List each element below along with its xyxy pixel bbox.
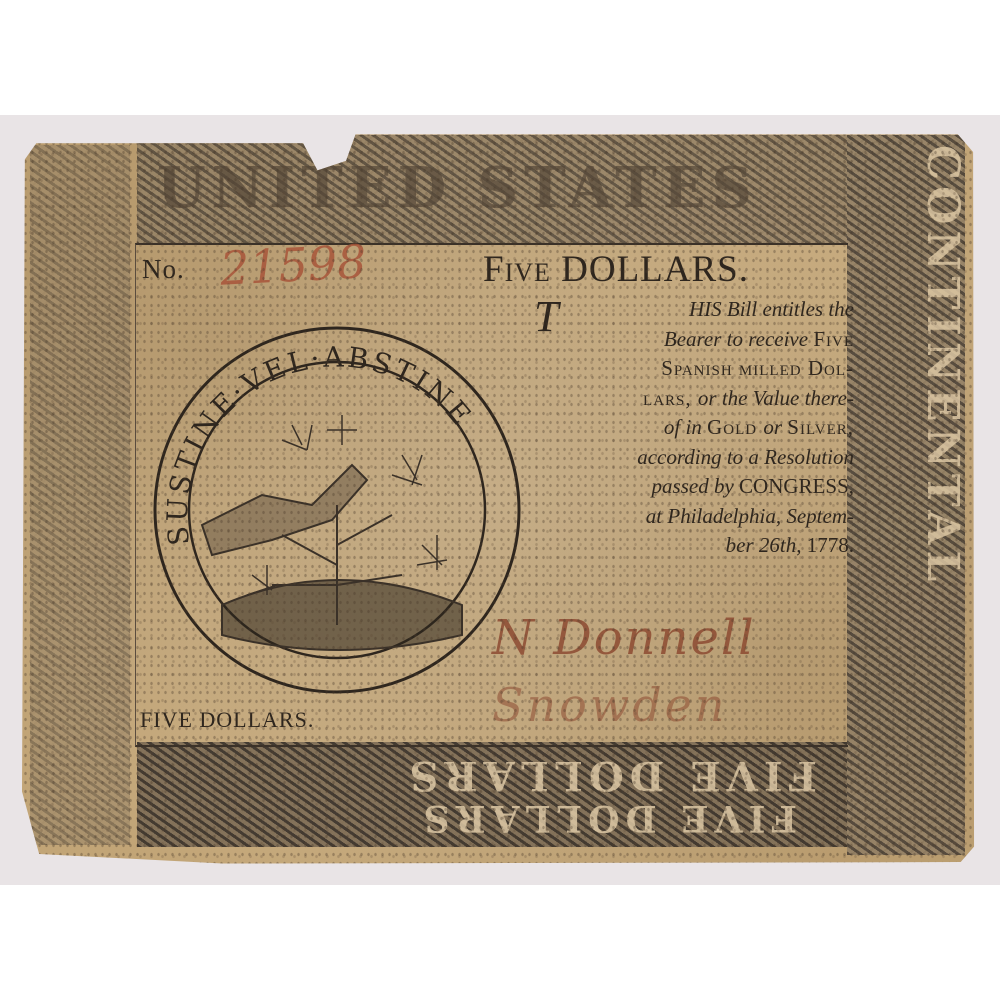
serial-number: 21598 (219, 234, 368, 296)
drop-cap: T (534, 295, 558, 339)
denomination-title: Five DOLLARS. (483, 248, 749, 291)
hand-thorn-bush-icon (202, 415, 462, 650)
promissory-text-line: lars, or the Value there- (534, 384, 854, 414)
right-border-text: CONTINENTAL (917, 145, 968, 587)
promissory-text: THIS Bill entitles theBearer to receive … (534, 295, 854, 561)
bottom-border-text-reversed: FIVE DOLLARS (197, 797, 797, 839)
promissory-text-line: ber 26th, 1778. (534, 531, 854, 561)
banknote: UNITED STATES CONTINENTAL FIVE DOLLARS F… (22, 130, 975, 865)
promissory-text-line: of in Gold or Silver, (534, 413, 854, 443)
bottom-denomination: FIVE DOLLARS. (140, 707, 314, 733)
promissory-text-line: THIS Bill entitles the (534, 295, 854, 325)
top-border-text: UNITED STATES (157, 155, 758, 221)
promissory-text-line: Bearer to receive Five (534, 325, 854, 355)
promissory-text-line: according to a Resolution (534, 443, 854, 473)
serial-label: No. (142, 254, 185, 285)
signature-2: Snowden (492, 678, 728, 732)
seal-emblem: SUSTINE·VEL·ABSTINE (142, 305, 532, 695)
signature-1: N Donnell (492, 610, 756, 666)
bottom-border-band: FIVE DOLLARS FIVE DOLLARS (137, 742, 847, 847)
promissory-text-line: at Philadelphia, Septem- (534, 502, 854, 532)
bottom-border-text: FIVE DOLLARS (167, 752, 817, 799)
promissory-text-line: Spanish milled Dol- (534, 354, 854, 384)
right-border-band: CONTINENTAL (847, 135, 965, 855)
promissory-text-line: passed by CONGRESS, (534, 472, 854, 502)
left-border-band (30, 145, 130, 845)
top-border-band: UNITED STATES (137, 135, 847, 245)
